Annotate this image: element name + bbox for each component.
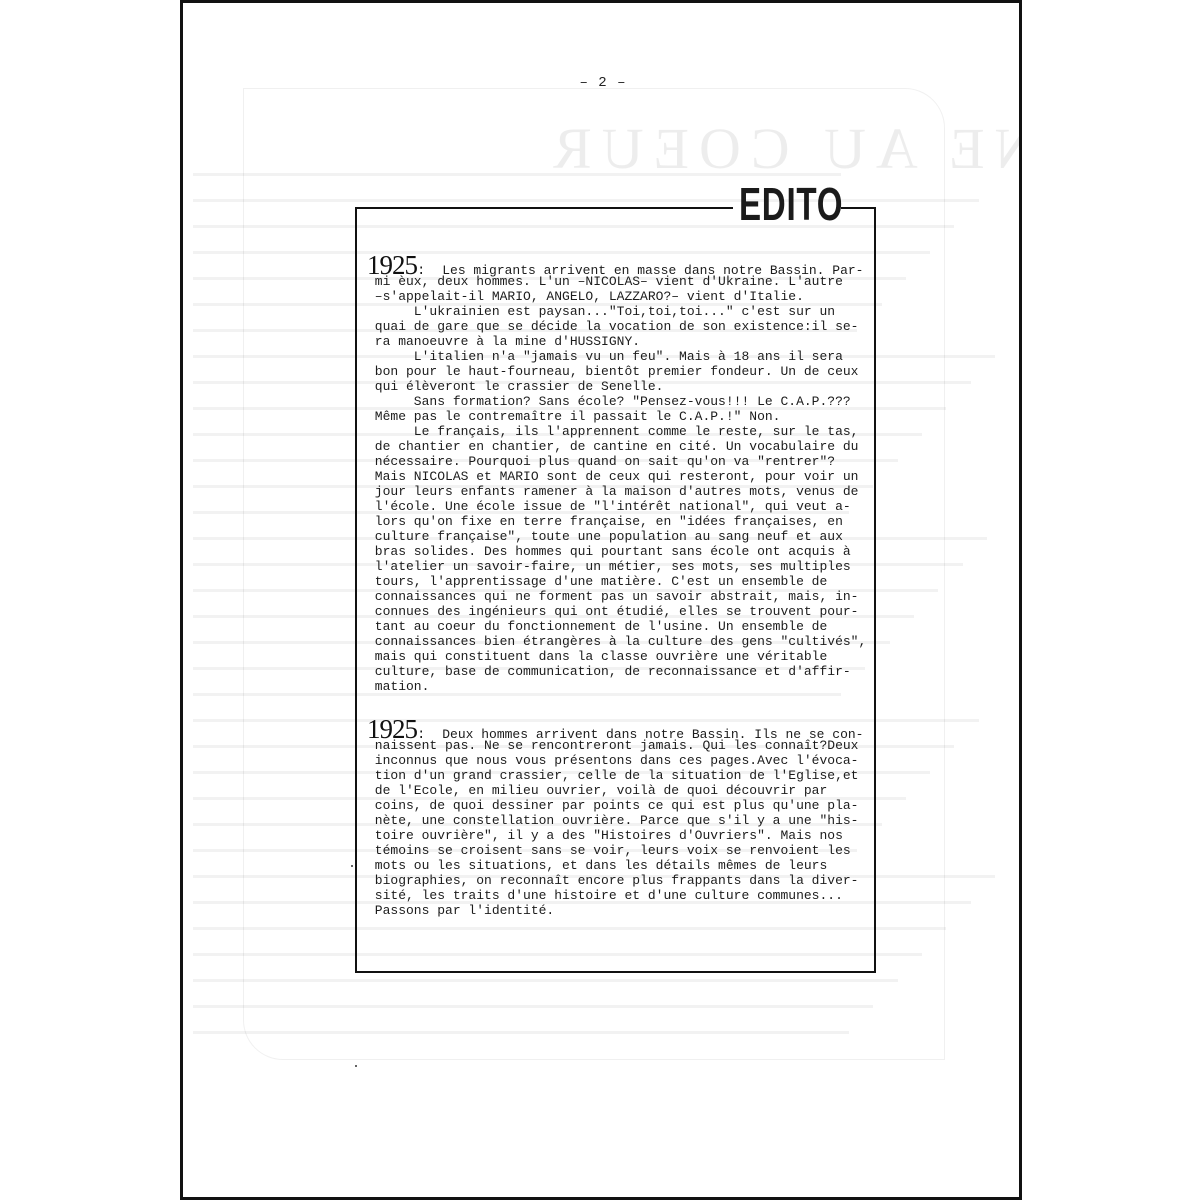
text-line: nécessaire. Pourquoi plus quand on sait … xyxy=(367,454,867,469)
text-line: coins, de quoi dessiner par points ce qu… xyxy=(367,798,867,813)
text-line: jour leurs enfants ramener à la maison d… xyxy=(367,484,867,499)
text-line: lors qu'on fixe en terre française, en "… xyxy=(367,514,867,529)
text-line: Le français, ils l'apprennent comme le r… xyxy=(367,424,867,439)
show-through-title: UKRAINE AU COEUR xyxy=(543,115,1022,182)
text-line: tion d'un grand crassier, celle de la si… xyxy=(367,768,867,783)
text-line: Même pas le contremaître il passait le C… xyxy=(367,409,867,424)
text-line: L'ukrainien est paysan..."Toi,toi,toi...… xyxy=(367,304,867,319)
text-line: tant au coeur du fonctionnement de l'usi… xyxy=(367,619,867,634)
text-line: de l'Ecole, en milieu ouvrier, voilà de … xyxy=(367,783,867,798)
text-line: L'italien n'a "jamais vu un feu". Mais à… xyxy=(367,349,867,364)
text-line: tours, l'apprentissage d'une matière. C'… xyxy=(367,574,867,589)
text-line: inconnus que nous vous présentons dans c… xyxy=(367,753,867,768)
text-line: Passons par l'identité. xyxy=(367,903,867,918)
text-line: naissent pas. Ne se rencontreront jamais… xyxy=(367,738,867,753)
text-line: bras solides. Des hommes qui pourtant sa… xyxy=(367,544,867,559)
text-line: Mais NICOLAS et MARIO sont de ceux qui r… xyxy=(367,469,867,484)
text-line: sité, les traits d'une histoire et d'une… xyxy=(367,888,867,903)
text-line: qui élèveront le crassier de Senelle. xyxy=(367,379,867,394)
show-through-line xyxy=(193,1031,849,1034)
text-line: de chantier en chantier, de cantine en c… xyxy=(367,439,867,454)
text-line: mi èux, deux hommes. L'un –NICOLAS– vien… xyxy=(367,274,867,289)
show-through-line xyxy=(193,1005,873,1008)
text-line: connaissances qui ne forment pas un savo… xyxy=(367,589,867,604)
text-line: –s'appelait-il MARIO, ANGELO, LAZZARO?– … xyxy=(367,289,867,304)
text-line: ra manoeuvre à la mine d'HUSSIGNY. xyxy=(367,334,867,349)
text-line: 1925: Les migrants arrivent en masse dan… xyxy=(367,258,867,274)
text-line: biographies, on reconnaît encore plus fr… xyxy=(367,873,867,888)
text-line: connaissances bien étrangères à la cultu… xyxy=(367,634,867,649)
text-line: toire ouvrière", il y a des "Histoires d… xyxy=(367,828,867,843)
text-line: bon pour le haut-fourneau, bientôt premi… xyxy=(367,364,867,379)
show-through-line xyxy=(193,199,979,202)
edito-section: 1925: Les migrants arrivent en masse dan… xyxy=(367,258,867,694)
text-line: mots ou les situations, et dans les déta… xyxy=(367,858,867,873)
scan-speck xyxy=(351,865,353,867)
page-number: – 2 – xyxy=(553,75,653,91)
document-page: UKRAINE AU COEUR – 2 – EDITO 1925: Les m… xyxy=(180,0,1022,1200)
edito-body: 1925: Les migrants arrivent en masse dan… xyxy=(367,258,867,918)
text-line: quai de gare que se décide la vocation d… xyxy=(367,319,867,334)
scan-speck xyxy=(355,1065,357,1067)
text-line: nète, une constellation ouvrière. Parce … xyxy=(367,813,867,828)
edito-section: 1925: Deux hommes arrivent dans notre Ba… xyxy=(367,722,867,918)
text-line: l'atelier un savoir-faire, un métier, se… xyxy=(367,559,867,574)
show-through-line xyxy=(193,173,841,176)
text-line: mation. xyxy=(367,679,867,694)
text-line: témoins se croisent sans se voir, leurs … xyxy=(367,843,867,858)
text-line: Sans formation? Sans école? "Pensez-vous… xyxy=(367,394,867,409)
text-line: l'école. Une école issue de "l'intérêt n… xyxy=(367,499,867,514)
text-line: culture, base de communication, de recon… xyxy=(367,664,867,679)
text-line: 1925: Deux hommes arrivent dans notre Ba… xyxy=(367,722,867,738)
text-line: culture française", toute une population… xyxy=(367,529,867,544)
text-line: connues des ingénieurs qui ont étudié, e… xyxy=(367,604,867,619)
text-line: mais qui constituent dans la classe ouvr… xyxy=(367,649,867,664)
show-through-line xyxy=(193,979,898,982)
